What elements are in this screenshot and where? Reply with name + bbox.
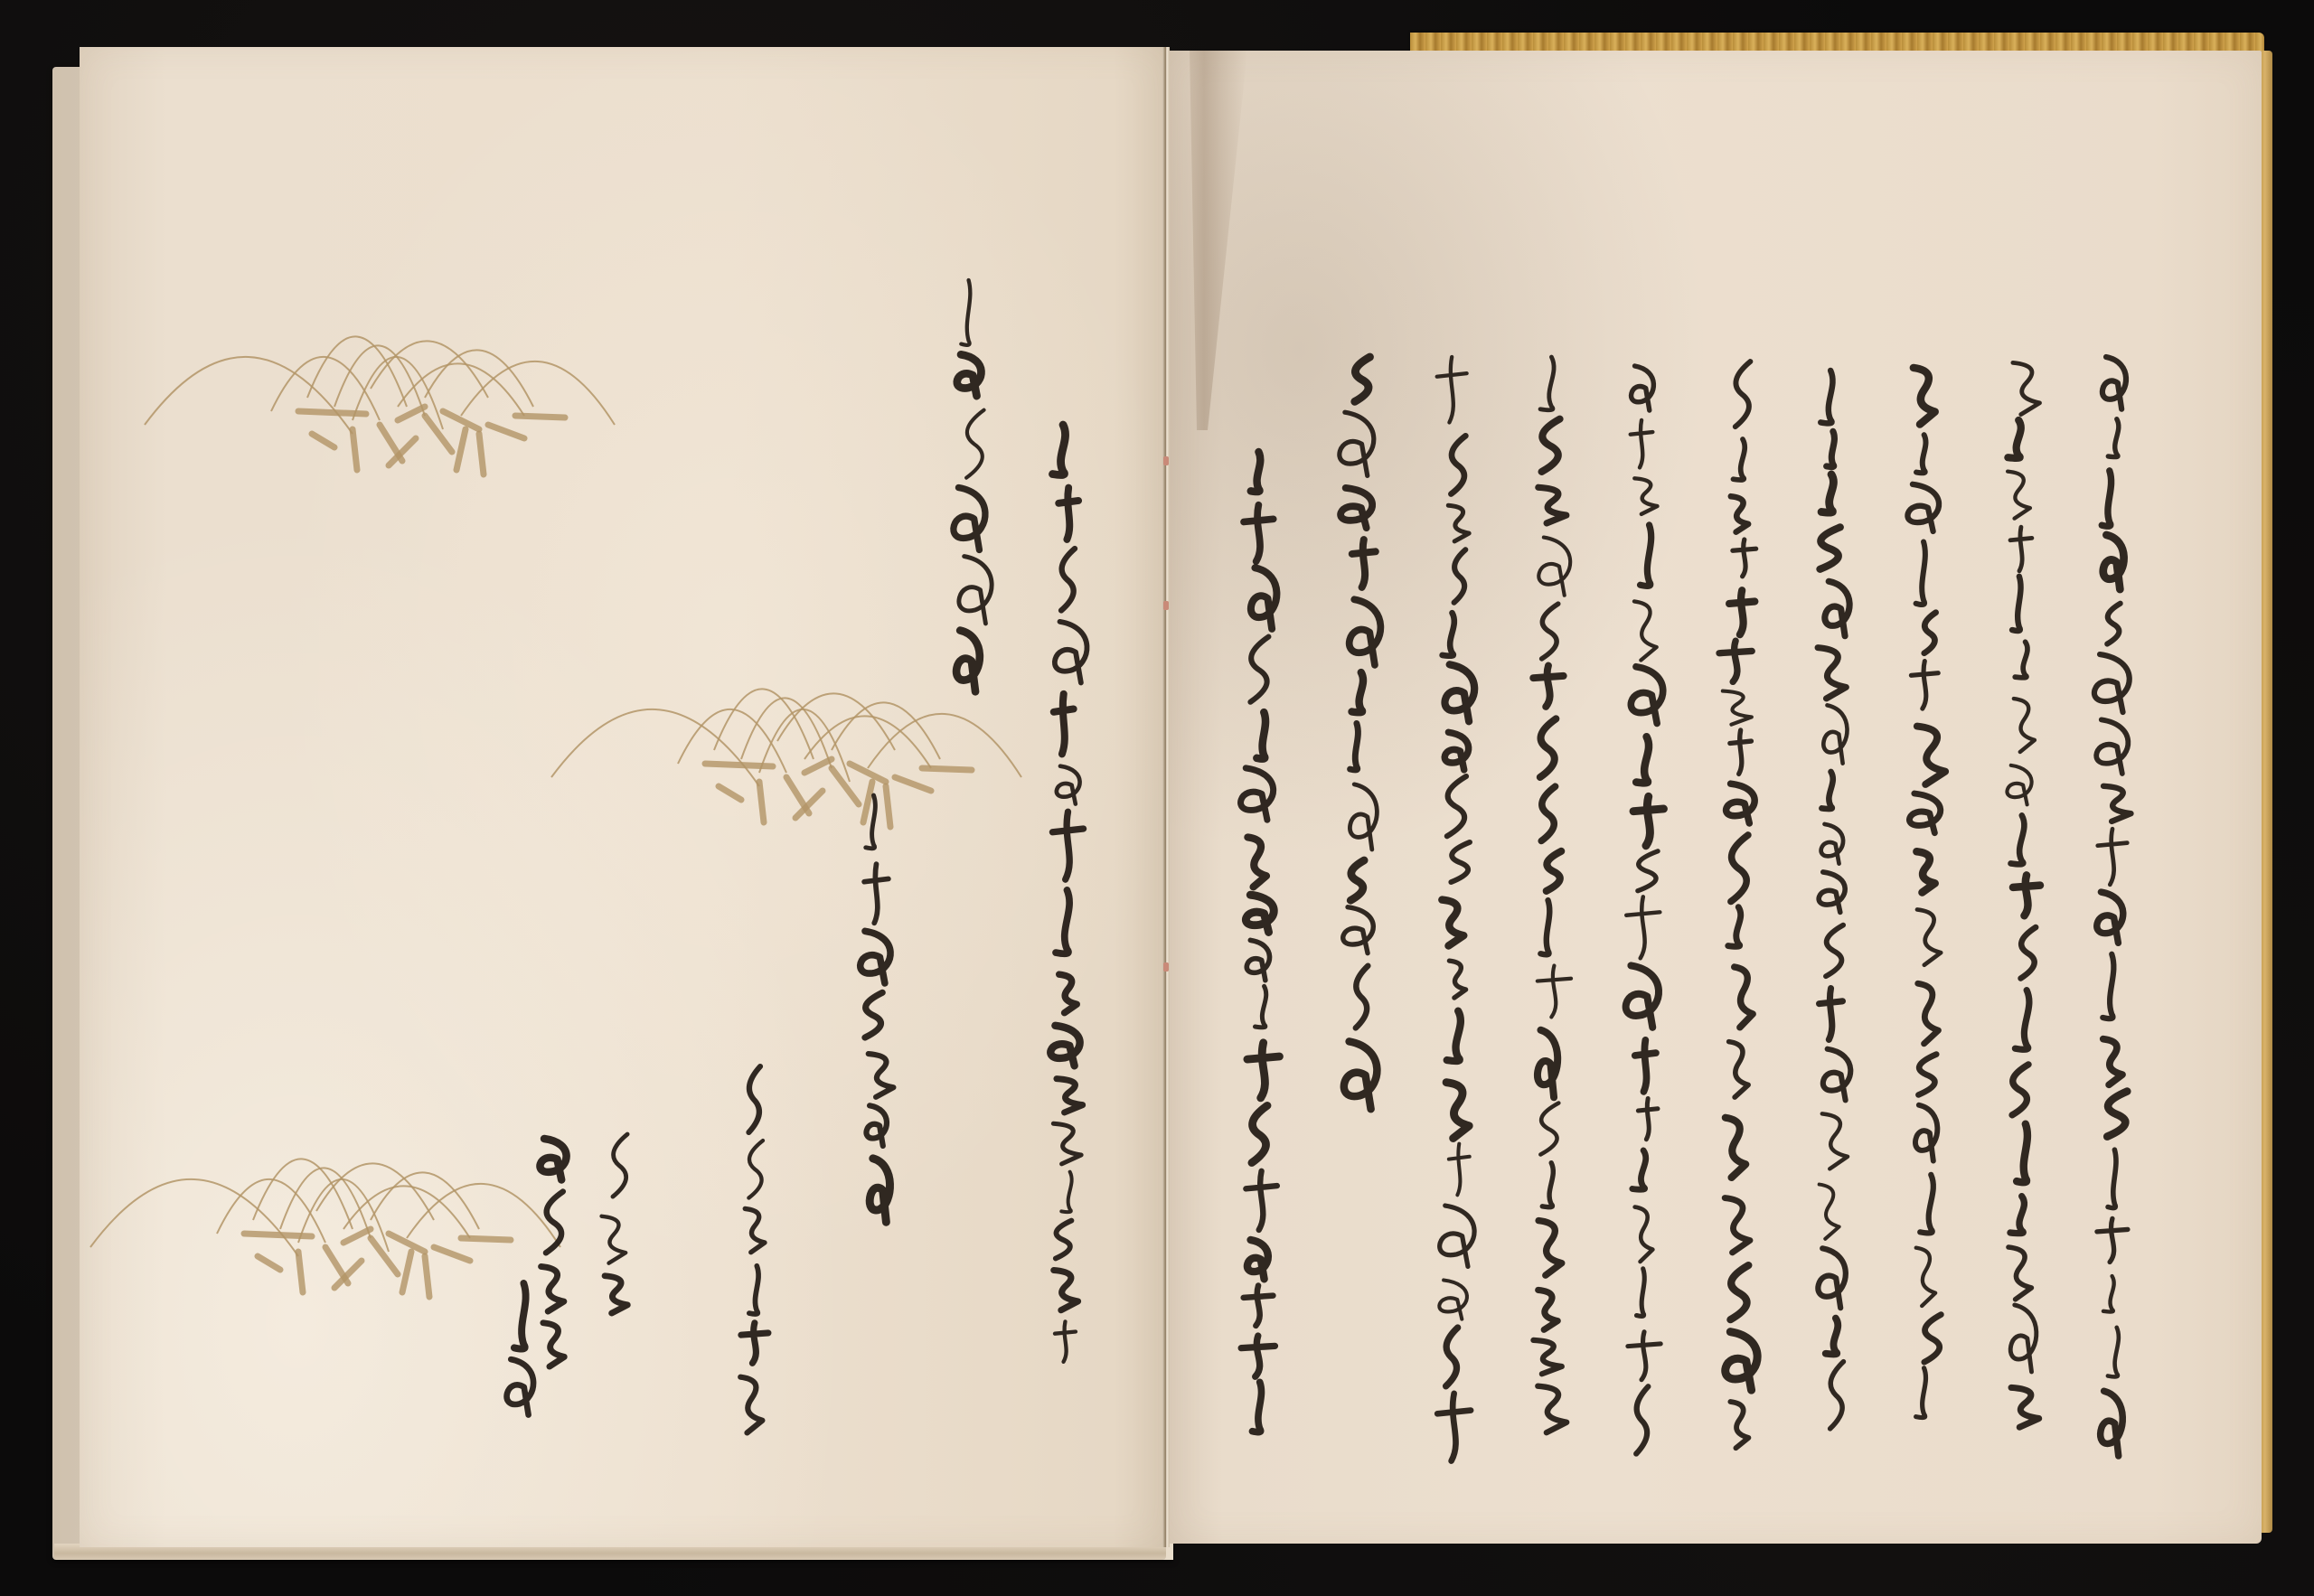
calligraphy-column bbox=[507, 1283, 533, 1415]
calligraphy-column bbox=[2094, 357, 2131, 1456]
calligraphy-column bbox=[540, 1139, 566, 1366]
book-photograph: Open Japanese manuscript book with cursi… bbox=[0, 0, 2314, 1596]
calligraphy-text bbox=[0, 0, 2314, 1596]
calligraphy-column bbox=[1340, 357, 1381, 1109]
calligraphy-column bbox=[954, 280, 992, 691]
calligraphy-column bbox=[740, 1066, 768, 1432]
calligraphy-column bbox=[1907, 368, 1945, 1418]
calligraphy-column bbox=[1437, 357, 1474, 1461]
calligraphy-column bbox=[1818, 371, 1850, 1429]
calligraphy-column bbox=[861, 795, 894, 1222]
calligraphy-column bbox=[1533, 357, 1571, 1432]
calligraphy-column bbox=[1050, 425, 1086, 1362]
calligraphy-column bbox=[1626, 366, 1664, 1454]
calligraphy-column bbox=[602, 1134, 628, 1313]
calligraphy-column bbox=[1719, 361, 1757, 1448]
calligraphy-column bbox=[2007, 362, 2039, 1427]
calligraphy-column bbox=[1241, 452, 1280, 1432]
